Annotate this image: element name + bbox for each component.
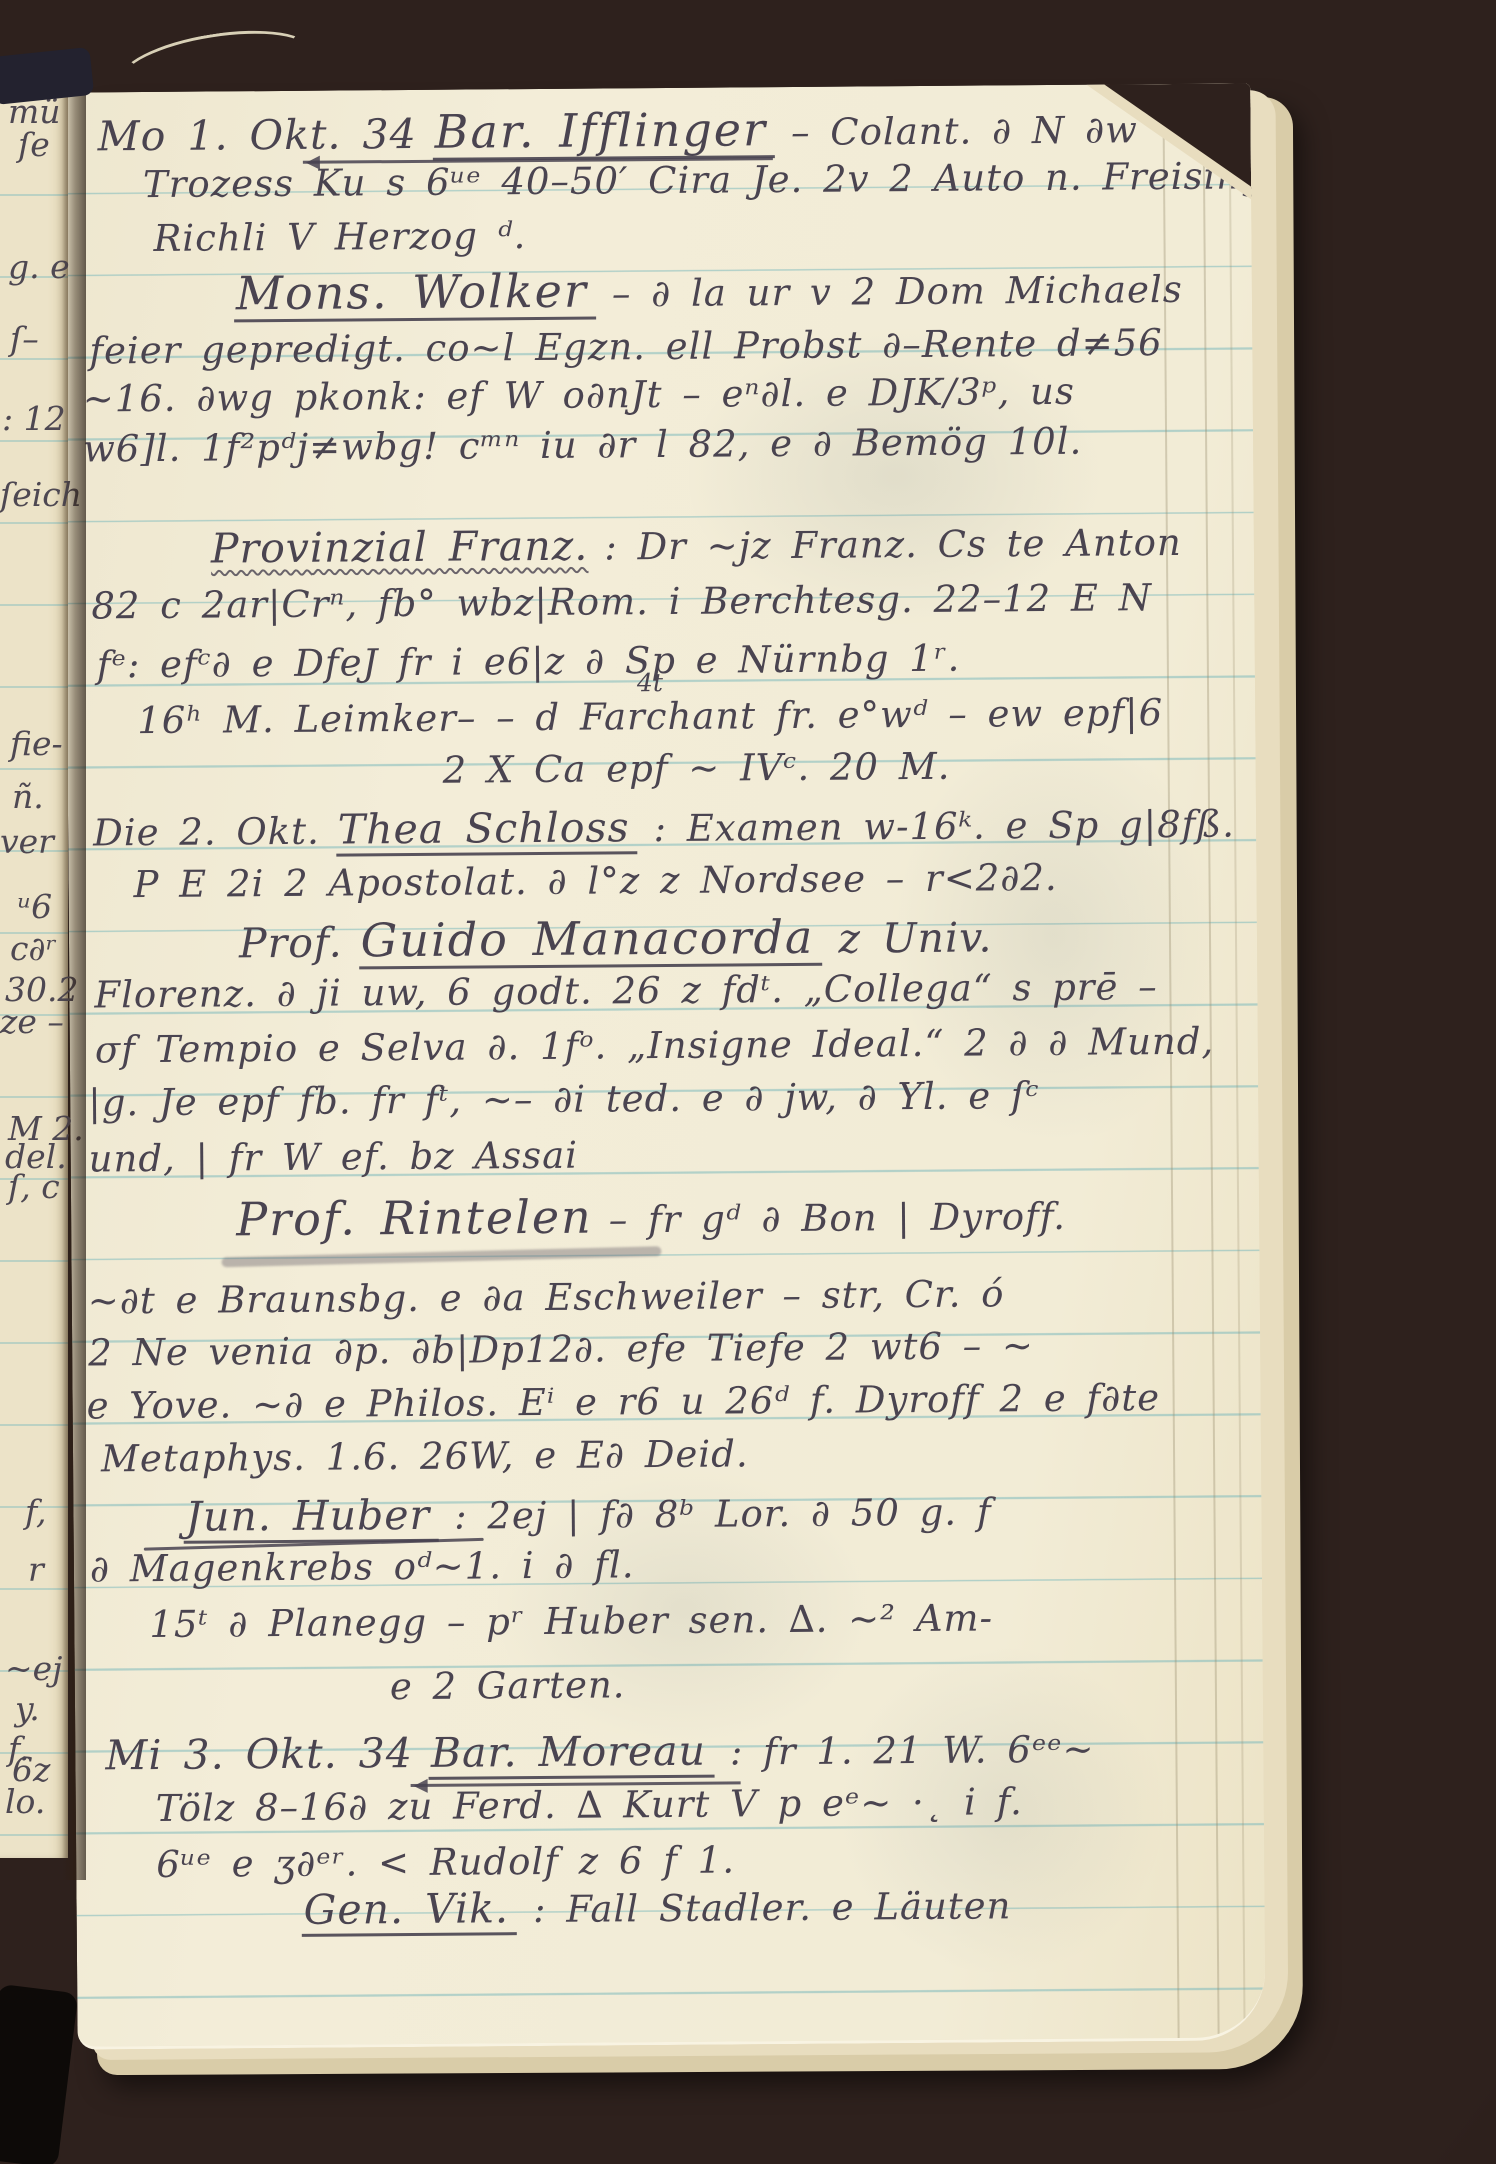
ink-smear-underline bbox=[221, 1246, 661, 1267]
diary-line: ~∂t e Braunsbg. e ∂a Eschweiler – str, C… bbox=[88, 1275, 1005, 1321]
margin-fragment: ~ej bbox=[5, 1652, 62, 1685]
date-label: Mo 1. Okt. 34 bbox=[98, 113, 417, 159]
diary-line: Florenz. ∂ ji uw, 6 godt. 26 z fdᵗ. „Col… bbox=[94, 968, 1158, 1015]
heading-jun-huber: Jun. Huber bbox=[183, 1494, 438, 1544]
line-text: : Examen w-16ᵏ. e Sp g|8fß. bbox=[653, 806, 1235, 849]
line-text: – fr gᵈ ∂ Bon | Dyroff. bbox=[609, 1198, 1066, 1240]
margin-fragment: ver bbox=[0, 825, 54, 858]
paper-crease bbox=[1228, 84, 1245, 2038]
previous-page-edge: mü ſe g. e ſ– : 12 ſeich fie- ñ. ver ᵘ6 … bbox=[0, 86, 68, 1858]
diary-line: e 2 Garten. bbox=[390, 1666, 626, 1707]
line-text: : Dr ~jz Franz. Cs te Anton bbox=[604, 524, 1182, 567]
date-label: Mi 3. Okt. 34 bbox=[105, 1732, 413, 1777]
line-text: Prof. bbox=[239, 922, 343, 966]
diary-line: 82 c 2ar|Crⁿ, fb° wbz|Rom. i Berchtesg. … bbox=[91, 579, 1152, 626]
diary-line: 16ʰ M. Leimker– – d Farchant fr. e°wᵈ – … bbox=[137, 694, 1163, 741]
margin-fragment: f, bbox=[25, 1495, 47, 1528]
margin-fragment: : 12 bbox=[2, 402, 66, 435]
margin-fragment: ſe bbox=[18, 128, 50, 161]
diary-line: σf Tempio e Selva ∂. 1fᵒ. „Insigne Ideal… bbox=[95, 1023, 1215, 1071]
diary-line: Tölz 8–16∂ zu Ferd. ∆ Kurt V p eᵉ~ ·˛ i … bbox=[156, 1783, 1023, 1829]
margin-fragment: ᵘ6 bbox=[18, 890, 52, 923]
entry-date-line-oct1: Mo 1. Okt. 34 Bar. Ifflinger – Colant. ∂… bbox=[97, 102, 1138, 163]
diary-page: Mo 1. Okt. 34 Bar. Ifflinger – Colant. ∂… bbox=[62, 83, 1265, 2049]
margin-fragment: ñ. bbox=[12, 780, 44, 813]
heading-manacorda: Guido Manacorda bbox=[358, 913, 822, 970]
margin-fragment: y. bbox=[15, 1692, 40, 1725]
heading-rintelen: Prof. Rintelen bbox=[236, 1193, 593, 1244]
margin-fragment: lo. bbox=[5, 1785, 45, 1818]
diary-line: 2 X Ca epf ~ IVᶜ. 20 M. bbox=[443, 748, 951, 791]
diary-line: 15ᵗ ∂ Planegg – pʳ Huber sen. ∆. ~² Am- bbox=[149, 1599, 993, 1644]
diary-line: fᵉ: efᶜ∂ e DfeJ fr i e6|z ∂ Sp e Nürnbg … bbox=[97, 640, 961, 686]
diary-line: Metaphys. 1.6. 26W, e E∂ Deid. bbox=[101, 1435, 749, 1479]
spine-shadow bbox=[0, 1984, 78, 2164]
line-text: : 2ej | f∂ 8ᵇ Lor. ∂ 50 g. f bbox=[454, 1493, 992, 1536]
line-text: – ∂ la ur v 2 Dom Michaels bbox=[612, 271, 1183, 314]
line-text: : Fall Stadler. e Läuten bbox=[533, 1887, 1012, 1930]
diary-line: w6]l. 1f²pᵈj≠wbg! cᵐⁿ iu ∂r l 82, e ∂ Be… bbox=[83, 423, 1082, 470]
line-text: : fr 1. 21 W. 6ᵉᵉ~ bbox=[730, 1731, 1095, 1773]
gutter-shadow bbox=[62, 80, 86, 1880]
heading-thea-schloss: Thea Schloss bbox=[336, 806, 638, 856]
margin-fragment: ze – bbox=[0, 1005, 64, 1038]
diary-line: Richli V Herzog ᵈ. bbox=[153, 217, 526, 259]
superscript-note: 4t bbox=[637, 668, 663, 697]
entry-gen-vik: Gen. Vik. : Fall Stadler. e Läuten bbox=[301, 1883, 1011, 1937]
entry-huber: Jun. Huber : 2ej | f∂ 8ᵇ Lor. ∂ 50 g. f bbox=[183, 1489, 991, 1543]
diary-line: P E 2i 2 Apostolat. ∂ l°z z Nordsee – r<… bbox=[133, 859, 1057, 905]
heading-gen-vik: Gen. Vik. bbox=[301, 1887, 517, 1937]
diary-line: Trozess Ku s 6ᵘᵉ 40–50′ Cira Je. 2v 2 Au… bbox=[143, 157, 1266, 205]
diary-line: 2 Ne venia ∂p. ∂b|Dp12∂. efe Tiefe 2 wt6… bbox=[88, 1327, 1034, 1373]
diary-photo-scene: Mo 1. Okt. 34 Bar. Ifflinger – Colant. ∂… bbox=[0, 0, 1496, 2164]
diary-line: e Yove. ~∂ e Philos. Eⁱ e r6 u 26ᵈ f. Dy… bbox=[87, 1379, 1161, 1426]
date-label: Die 2. Okt. bbox=[93, 813, 320, 854]
entry-provinzial: Provinzial Franz. : Dr ~jz Franz. Cs te … bbox=[211, 520, 1182, 571]
margin-fragment: fie- bbox=[10, 727, 63, 760]
diary-line: 6ᵘᵉ e ʒ∂ᵉʳ. < Rudolf z 6 f 1. bbox=[156, 1841, 735, 1884]
diary-line: und, | fr W ef. bz Assai bbox=[89, 1137, 579, 1180]
diary-line: ~16. ∂wg pkonk: ef W o∂nJt – eⁿ∂l. e DJK… bbox=[83, 373, 1075, 420]
entry-date-line-oct3: Mi 3. Okt. 34 Bar. Moreau : fr 1. 21 W. … bbox=[105, 1727, 1094, 1783]
diary-line: |g. Je epf fb. fr fᵗ, ~– ∂i ted. e ∂ jw,… bbox=[88, 1077, 1040, 1123]
line-text: – Colant. ∂ N ∂w bbox=[791, 111, 1138, 153]
diary-line: ∂ Magenkrebs oᵈ~1. i ∂ fl. bbox=[90, 1546, 635, 1589]
margin-fragment: ſ– bbox=[10, 322, 39, 355]
entry-wolker: Mons. Wolker – ∂ la ur v 2 Dom Michaels bbox=[234, 262, 1183, 323]
heading-moreau: Bar. Moreau bbox=[429, 1730, 714, 1780]
entry-date-line-oct2: Die 2. Okt. Thea Schloss : Examen w-16ᵏ.… bbox=[93, 802, 1235, 859]
heading-wolker: Mons. Wolker bbox=[234, 267, 596, 323]
heading-provinzial-franz: Provinzial Franz. bbox=[211, 525, 589, 571]
margin-fragment: c∂ʳ bbox=[10, 932, 57, 965]
diary-line: feier gepredigt. co~l Egzn. ell Probst ∂… bbox=[89, 324, 1163, 371]
entry-manacorda: Prof. Guido Manacorda z Univ. bbox=[239, 911, 993, 970]
margin-fragment: r bbox=[28, 1553, 44, 1586]
entry-rintelen: Prof. Rintelen – fr gᵈ ∂ Bon | Dyroff. bbox=[236, 1189, 1066, 1244]
margin-fragment: g. e bbox=[8, 250, 70, 283]
heading-ifflinger: Bar. Ifflinger bbox=[432, 105, 775, 161]
margin-fragment: ſ, c bbox=[8, 1170, 60, 1203]
line-text: z Univ. bbox=[838, 916, 992, 960]
